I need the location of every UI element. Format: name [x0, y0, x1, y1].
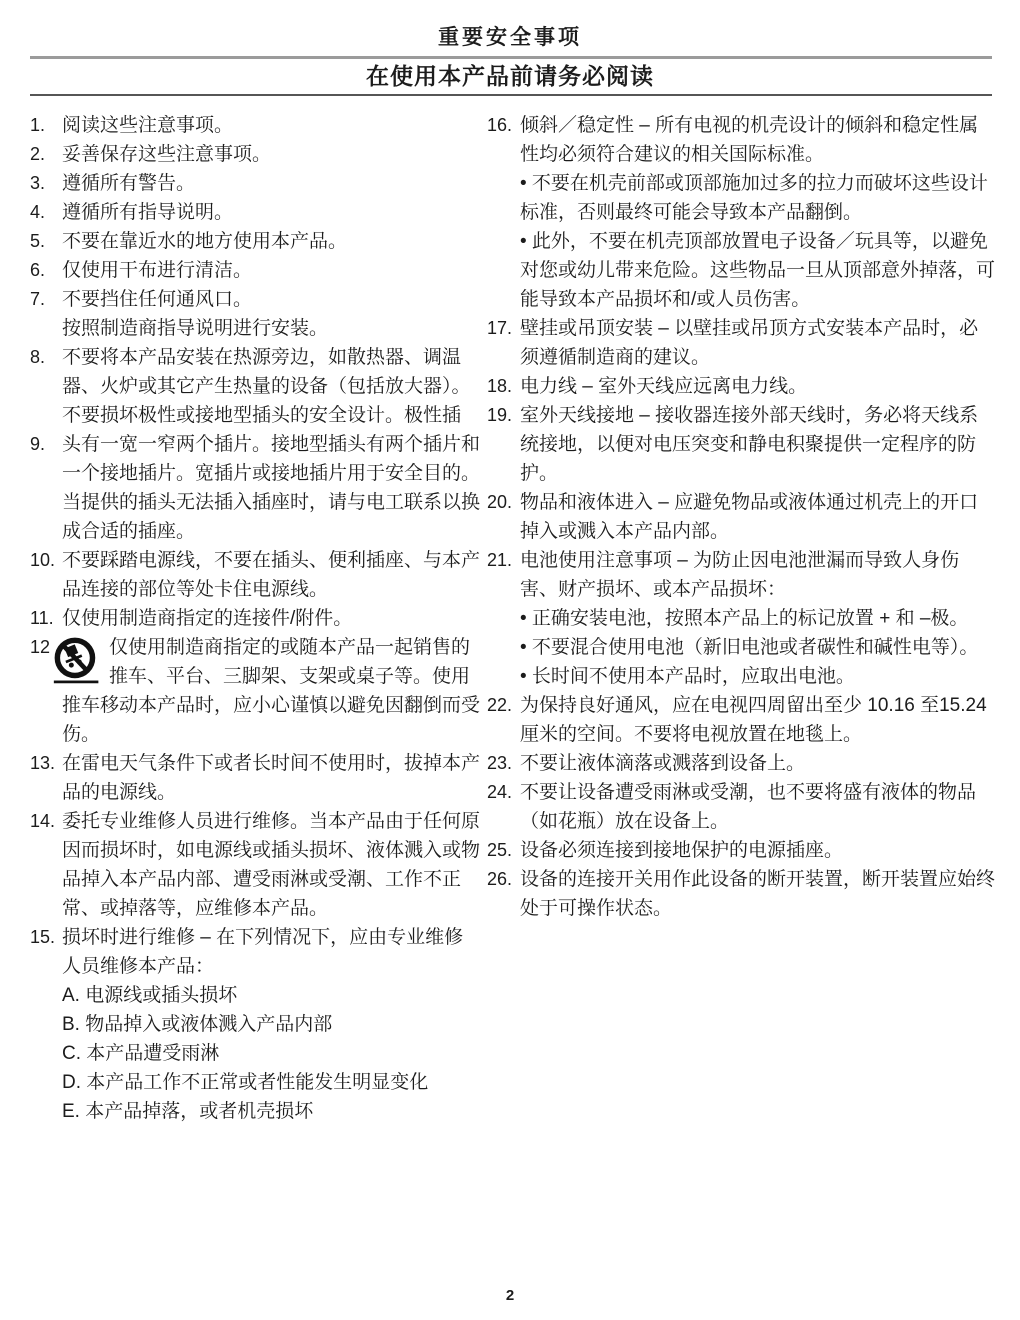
item-number: 8.: [30, 343, 62, 430]
list-item: 20.物品和液体进入 – 应避免物品或液体通过机壳上的开口掉入或溅入本产品内部。: [487, 488, 995, 546]
item-number: 19.: [487, 401, 520, 488]
item-text: 物品和液体进入 – 应避免物品或液体通过机壳上的开口掉入或溅入本产品内部。: [520, 488, 995, 546]
item-text: 不要在靠近水的地方使用本产品。: [62, 227, 482, 256]
item-paragraph: • 不要混合使用电池（新旧电池或者碳性和碱性电等）。: [520, 633, 995, 662]
item-text: 倾斜／稳定性 – 所有电视的机壳设计的倾斜和稳定性属性均必须符合建议的相关国际标…: [520, 111, 995, 314]
list-item: 8.不要将本产品安装在热源旁边，如散热器、调温器、火炉或其它产生热量的设备（包括…: [30, 343, 482, 430]
item-number: 16.: [487, 111, 520, 314]
item-paragraph: 设备的连接开关用作此设备的断开装置，断开装置应始终处于可操作状态。: [520, 865, 995, 923]
item-text: 妥善保存这些注意事项。: [62, 140, 482, 169]
left-column: 1.阅读这些注意事项。2.妥善保存这些注意事项。3.遵循所有警告。4.遵循所有指…: [30, 111, 482, 1126]
item-number: 26.: [487, 865, 520, 923]
list-item: 12 仅使用制造商指定的或随本产品一起销售的推车、平台、三脚架、支架或桌子等。使…: [30, 633, 482, 749]
footer: 2: [0, 1287, 1020, 1304]
item-paragraph: 阅读这些注意事项。: [62, 111, 482, 140]
item-paragraph: 遵循所有警告。: [62, 169, 482, 198]
item-text: 设备必须连接到接地保护的电源插座。: [520, 836, 995, 865]
item-text: 遵循所有指导说明。: [62, 198, 482, 227]
right-column: 16.倾斜／稳定性 – 所有电视的机壳设计的倾斜和稳定性属性均必须符合建议的相关…: [487, 111, 995, 923]
list-item: 26.设备的连接开关用作此设备的断开装置，断开装置应始终处于可操作状态。: [487, 865, 995, 923]
instruction-columns: 1.阅读这些注意事项。2.妥善保存这些注意事项。3.遵循所有警告。4.遵循所有指…: [0, 96, 1020, 1126]
item-text: 为保持良好通风，应在电视四周留出至少 10.16 至15.24 厘米的空间。不要…: [520, 691, 995, 749]
item-text: 电池使用注意事项 – 为防止因电池泄漏而导致人身伤害、财产损坏、或本产品损坏：•…: [520, 546, 995, 691]
item-paragraph: C. 本产品遭受雨淋: [62, 1039, 482, 1068]
item-paragraph: 电池使用注意事项 – 为防止因电池泄漏而导致人身伤害、财产损坏、或本产品损坏：: [520, 546, 995, 604]
item-paragraph: 按照制造商指导说明进行安装。: [62, 314, 482, 343]
list-item: 23.不要让液体滴落或溅落到设备上。: [487, 749, 995, 778]
item-text: 阅读这些注意事项。: [62, 111, 482, 140]
list-item: 10.不要踩踏电源线，不要在插头、便利插座、与本产品连接的部位等处卡住电源线。: [30, 546, 482, 604]
item-number: 15.: [30, 923, 62, 1126]
item-number: 6.: [30, 256, 62, 285]
header-divider-top: [30, 56, 992, 59]
item-text: 损坏时进行维修 – 在下列情况下，应由专业维修人员维修本产品：A. 电源线或插头…: [62, 923, 482, 1126]
list-item: 24.不要让设备遭受雨淋或受潮，也不要将盛有液体的物品（如花瓶）放在设备上。: [487, 778, 995, 836]
item-text: 不要踩踏电源线，不要在插头、便利插座、与本产品连接的部位等处卡住电源线。: [62, 546, 482, 604]
item-paragraph: 室外天线接地 – 接收器连接外部天线时，务必将天线系统接地，以便对电压突变和静电…: [520, 401, 995, 488]
item-text: 遵循所有警告。: [62, 169, 482, 198]
item-text: 不要将本产品安装在热源旁边，如散热器、调温器、火炉或其它产生热量的设备（包括放大…: [62, 343, 482, 430]
item-number: 9.: [30, 430, 62, 546]
list-item: 11.仅使用制造商指定的连接件/附件。: [30, 604, 482, 633]
item-number: 18.: [487, 372, 520, 401]
item-number: 4.: [30, 198, 62, 227]
item-number: 22.: [487, 691, 520, 749]
item-number: 1.: [30, 111, 62, 140]
item-text: 仅使用制造商指定的或随本产品一起销售的推车、平台、三脚架、支架或桌子等。使用推车…: [62, 633, 482, 749]
item-number: 25.: [487, 836, 520, 865]
item-paragraph: 壁挂或吊顶安装 – 以壁挂或吊顶方式安装本产品时，必须遵循制造商的建议。: [520, 314, 995, 372]
list-item: 13.在雷电天气条件下或者长时间不使用时，拔掉本产品的电源线。: [30, 749, 482, 807]
item-paragraph: 委托专业维修人员进行维修。当本产品由于任何原因而损坏时，如电源线或插头损坏、液体…: [62, 807, 482, 923]
list-item: 16.倾斜／稳定性 – 所有电视的机壳设计的倾斜和稳定性属性均必须符合建议的相关…: [487, 111, 995, 314]
item-text: 壁挂或吊顶安装 – 以壁挂或吊顶方式安装本产品时，必须遵循制造商的建议。: [520, 314, 995, 372]
item-paragraph: • 正确安装电池，按照本产品上的标记放置 + 和 –极。: [520, 604, 995, 633]
item-paragraph: 设备必须连接到接地保护的电源插座。: [520, 836, 995, 865]
header: 重要安全事项 在使用本产品前请务必阅读: [0, 0, 1020, 96]
item-number: 5.: [30, 227, 62, 256]
list-item: 2.妥善保存这些注意事项。: [30, 140, 482, 169]
item-paragraph: D. 本产品工作不正常或者性能发生明显变化: [62, 1068, 482, 1097]
item-number: 7.: [30, 285, 62, 343]
item-paragraph: 为保持良好通风，应在电视四周留出至少 10.16 至15.24 厘米的空间。不要…: [520, 691, 995, 749]
item-paragraph: • 此外，不要在机壳顶部放置电子设备／玩具等，以避免对您或幼儿带来危险。这些物品…: [520, 227, 995, 314]
item-text: 室外天线接地 – 接收器连接外部天线时，务必将天线系统接地，以便对电压突变和静电…: [520, 401, 995, 488]
item-number: 3.: [30, 169, 62, 198]
item-paragraph: • 长时间不使用本产品时，应取出电池。: [520, 662, 995, 691]
item-text: 设备的连接开关用作此设备的断开装置，断开装置应始终处于可操作状态。: [520, 865, 995, 923]
list-item: 19.室外天线接地 – 接收器连接外部天线时，务必将天线系统接地，以便对电压突变…: [487, 401, 995, 488]
item-paragraph: 不要挡住任何通风口。: [62, 285, 482, 314]
list-item: 22.为保持良好通风，应在电视四周留出至少 10.16 至15.24 厘米的空间…: [487, 691, 995, 749]
item-number: 2.: [30, 140, 62, 169]
item-paragraph: 不要将本产品安装在热源旁边，如散热器、调温器、火炉或其它产生热量的设备（包括放大…: [62, 343, 482, 430]
item-paragraph: 倾斜／稳定性 – 所有电视的机壳设计的倾斜和稳定性属性均必须符合建议的相关国际标…: [520, 111, 995, 169]
item-paragraph: A. 电源线或插头损坏: [62, 981, 482, 1010]
item-text: 电力线 – 室外天线应远离电力线。: [520, 372, 995, 401]
item-text: 仅使用制造商指定的连接件/附件。: [62, 604, 482, 633]
list-item: 18.电力线 – 室外天线应远离电力线。: [487, 372, 995, 401]
item-number: 23.: [487, 749, 520, 778]
item-paragraph: 损坏时进行维修 – 在下列情况下，应由专业维修人员维修本产品：: [62, 923, 482, 981]
list-item: 14.委托专业维修人员进行维修。当本产品由于任何原因而损坏时，如电源线或插头损坏…: [30, 807, 482, 923]
list-item: 21.电池使用注意事项 – 为防止因电池泄漏而导致人身伤害、财产损坏、或本产品损…: [487, 546, 995, 691]
item-text: 不要挡住任何通风口。按照制造商指导说明进行安装。: [62, 285, 482, 343]
item-paragraph: 仅使用干布进行清洁。: [62, 256, 482, 285]
list-item: 15.损坏时进行维修 – 在下列情况下，应由专业维修人员维修本产品：A. 电源线…: [30, 923, 482, 1126]
list-item: 6.仅使用干布进行清洁。: [30, 256, 482, 285]
item-text: 不要让液体滴落或溅落到设备上。: [520, 749, 995, 778]
list-item: 1.阅读这些注意事项。: [30, 111, 482, 140]
item-number: 21.: [487, 546, 520, 691]
page-subtitle: 在使用本产品前请务必阅读: [0, 62, 1020, 90]
item-paragraph: • 不要在机壳前部或顶部施加过多的拉力而破坏这些设计标准，否则最终可能会导致本产…: [520, 169, 995, 227]
item-number: 10.: [30, 546, 62, 604]
item-paragraph: 不要踩踏电源线，不要在插头、便利插座、与本产品连接的部位等处卡住电源线。: [62, 546, 482, 604]
item-paragraph: B. 物品掉入或液体溅入产品内部: [62, 1010, 482, 1039]
item-paragraph: 在雷电天气条件下或者长时间不使用时，拔掉本产品的电源线。: [62, 749, 482, 807]
item-paragraph: 不要在靠近水的地方使用本产品。: [62, 227, 482, 256]
item-text: 委托专业维修人员进行维修。当本产品由于任何原因而损坏时，如电源线或插头损坏、液体…: [62, 807, 482, 923]
item-paragraph: E. 本产品掉落，或者机壳损坏: [62, 1097, 482, 1126]
list-item: 9.头有一宽一窄两个插片。接地型插头有两个插片和一个接地插片。宽插片或接地插片用…: [30, 430, 482, 546]
item-paragraph: 电力线 – 室外天线应远离电力线。: [520, 372, 995, 401]
item-number: 24.: [487, 778, 520, 836]
item-text: 在雷电天气条件下或者长时间不使用时，拔掉本产品的电源线。: [62, 749, 482, 807]
item-text: 头有一宽一窄两个插片。接地型插头有两个插片和一个接地插片。宽插片或接地插片用于安…: [62, 430, 482, 546]
list-item: 25.设备必须连接到接地保护的电源插座。: [487, 836, 995, 865]
list-item: 3.遵循所有警告。: [30, 169, 482, 198]
item-number: 14.: [30, 807, 62, 923]
list-item: 7.不要挡住任何通风口。按照制造商指导说明进行安装。: [30, 285, 482, 343]
item-paragraph: 仅使用制造商指定的或随本产品一起销售的推车、平台、三脚架、支架或桌子等。使用推车…: [62, 633, 482, 749]
item-paragraph: 仅使用制造商指定的连接件/附件。: [62, 604, 482, 633]
item-paragraph: 物品和液体进入 – 应避免物品或液体通过机壳上的开口掉入或溅入本产品内部。: [520, 488, 995, 546]
item-paragraph: 头有一宽一窄两个插片。接地型插头有两个插片和一个接地插片。宽插片或接地插片用于安…: [62, 430, 482, 546]
no-cart-tip-warning-icon: [53, 636, 100, 686]
page-number: 2: [506, 1287, 514, 1304]
item-number: 20.: [487, 488, 520, 546]
manual-page: 重要安全事项 在使用本产品前请务必阅读 1.阅读这些注意事项。2.妥善保存这些注…: [0, 0, 1020, 1320]
item-paragraph: 不要让液体滴落或溅落到设备上。: [520, 749, 995, 778]
list-item: 5.不要在靠近水的地方使用本产品。: [30, 227, 482, 256]
item-paragraph: 不要让设备遭受雨淋或受潮，也不要将盛有液体的物品（如花瓶）放在设备上。: [520, 778, 995, 836]
item-text: 不要让设备遭受雨淋或受潮，也不要将盛有液体的物品（如花瓶）放在设备上。: [520, 778, 995, 836]
page-title: 重要安全事项: [0, 26, 1020, 50]
item-number: 17.: [487, 314, 520, 372]
item-number: 13.: [30, 749, 62, 807]
list-item: 17.壁挂或吊顶安装 – 以壁挂或吊顶方式安装本产品时，必须遵循制造商的建议。: [487, 314, 995, 372]
list-item: 4.遵循所有指导说明。: [30, 198, 482, 227]
item-paragraph: 妥善保存这些注意事项。: [62, 140, 482, 169]
item-number: 11.: [30, 604, 62, 633]
item-text: 仅使用干布进行清洁。: [62, 256, 482, 285]
item-paragraph: 遵循所有指导说明。: [62, 198, 482, 227]
